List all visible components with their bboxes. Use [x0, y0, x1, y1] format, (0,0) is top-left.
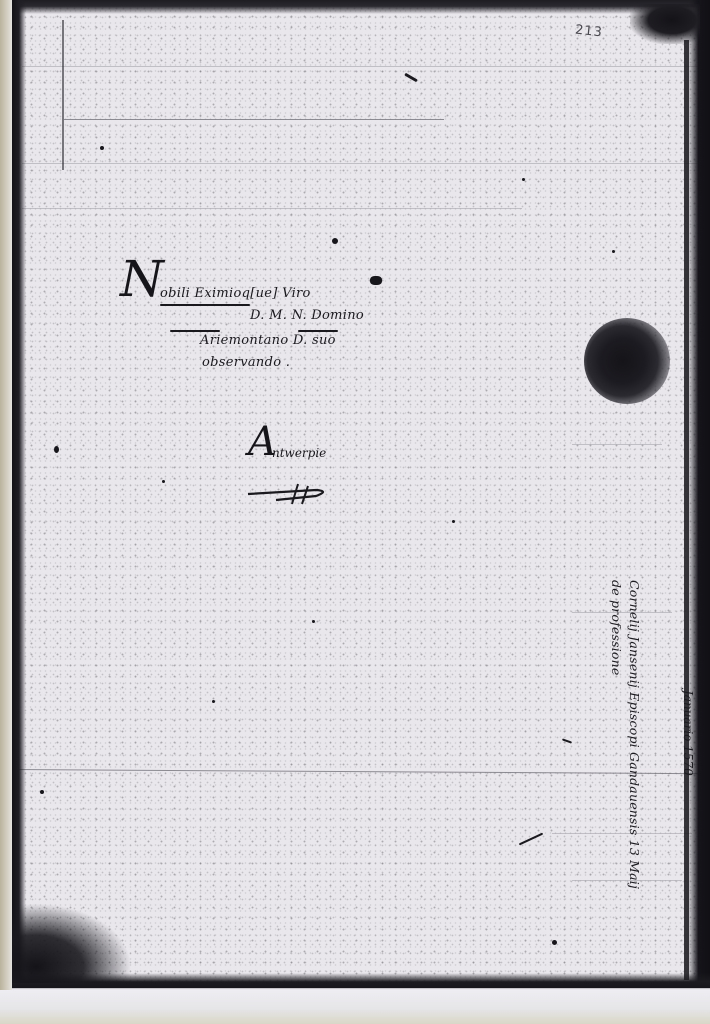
docket-note: Cornelij Jansenij Episcopi Gandauensis 1…: [602, 580, 662, 920]
ruled-line: [64, 119, 444, 120]
backdrop-bottom-strip: [0, 990, 710, 1024]
photocopy-edge-right: [684, 0, 710, 995]
address-line-4: observando .: [202, 355, 290, 370]
paraph-flourish-icon: [246, 482, 336, 508]
photocopy-edge-top: [12, 0, 710, 14]
docket-line-1: Cornelij Jansenij Episcopi Gandauensis 1…: [627, 580, 642, 889]
ruled-line: [22, 208, 522, 209]
corner-blot-top-right: [630, 4, 700, 44]
address-line-3: Ariemontano D. suo: [200, 333, 336, 348]
address-initial: N: [120, 254, 164, 304]
document-sheet: 213 N obili Eximioq[ue] Viro D. M. N. Do…: [12, 0, 710, 995]
seal-ink-stain: [584, 318, 670, 404]
docket-line-2: de professione: [609, 580, 624, 676]
photocopy-edge-left: [12, 0, 26, 995]
flourish: [170, 330, 220, 332]
photocopy-edge-line-left: [62, 20, 64, 170]
flourish: [160, 304, 250, 306]
address-line-1: obili Eximioq[ue] Viro: [160, 286, 311, 301]
address-line-2: D. M. N. Domino: [250, 308, 364, 323]
archive-page-number: 213: [574, 23, 603, 41]
ruled-line: [22, 163, 702, 164]
ruled-line: [572, 444, 662, 445]
place-rest: ntwerpie: [272, 446, 326, 460]
ruled-line: [22, 66, 702, 67]
corner-blot-bottom-left: [12, 903, 132, 983]
flourish: [298, 330, 338, 332]
